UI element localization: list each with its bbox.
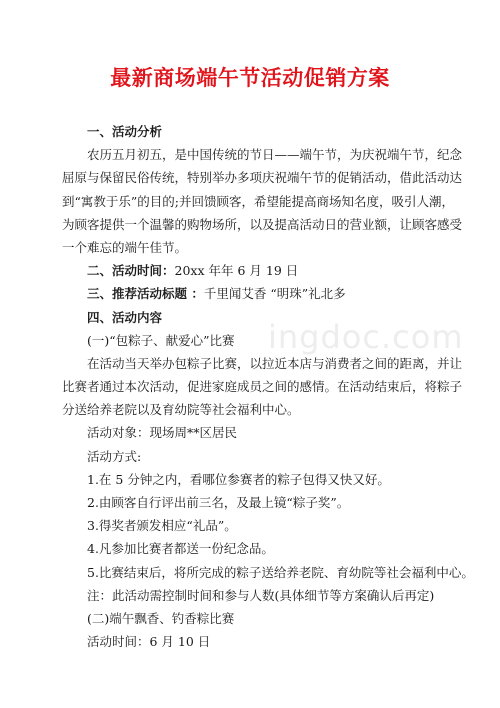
paragraph-line: 为顾客提供一个温馨的购物场所，以及提高活动日的营业额，让顾客感受 xyxy=(62,213,442,236)
note: 注：此活动需控制时间和参与人数(具体细节等方案确认后再定) xyxy=(62,584,442,607)
section-title-value: 千里闻艾香 “明珠”礼北多 xyxy=(204,286,346,301)
list-item: 3.得奖者颁发相应“礼品”。 xyxy=(62,514,442,537)
subsection-title: (二)端午飘香、钓香粽比赛 xyxy=(62,607,442,630)
section-heading-title-label: 三、推荐活动标题 ： xyxy=(87,286,204,301)
section-heading-time: 二、活动时间：20xx 年年 6 月 19 日 xyxy=(62,259,442,282)
subsection-title: (一)“包粽子、献爱心”比赛 xyxy=(62,329,442,352)
activity-method-label: 活动方式: xyxy=(62,445,442,468)
paragraph-line: 比赛者通过本次活动，促进家庭成员之间的感情。在活动结束后，将粽子 xyxy=(62,375,442,398)
activity-time: 活动时间：6 月 10 日 xyxy=(62,630,442,653)
paragraph-line: 农历五月初五，是中国传统的节日——端午节，为庆祝端午节，纪念 xyxy=(62,143,442,166)
activity-target: 活动对象：现场周**区居民 xyxy=(62,421,442,444)
section-time-value: 20xx 年年 6 月 19 日 xyxy=(175,263,299,278)
section-heading-time-label: 二、活动时间： xyxy=(87,263,175,278)
paragraph-line: 屈原与保留民俗传统，特别举办多项庆祝端午节的促销活动，借此活动达 xyxy=(62,166,442,189)
paragraph-line: 一个难忘的端午佳节。 xyxy=(62,236,442,259)
list-item: 1.在 5 分钟之内，看哪位参赛者的粽子包得又快又好。 xyxy=(62,468,442,491)
document-body: 一、活动分析 农历五月初五，是中国传统的节日——端午节，为庆祝端午节，纪念 屈原… xyxy=(62,120,442,653)
section-heading-analysis: 一、活动分析 xyxy=(62,120,442,143)
paragraph-line: 分送给养老院以及育幼院等社会福利中心。 xyxy=(62,398,442,421)
list-item: 2.由顾客自行评出前三名，及最上镜“粽子奖”。 xyxy=(62,491,442,514)
list-item: 5.比赛结束后，将所完成的粽子送给养老院、育幼院等社会福利中心。 xyxy=(62,561,442,584)
section-heading-content: 四、活动内容 xyxy=(62,306,442,329)
document-page: 最新商场端午节活动促销方案 ingdoc.com 一、活动分析 农历五月初五，是… xyxy=(0,0,500,708)
document-title: 最新商场端午节活动促销方案 xyxy=(0,62,500,92)
list-item: 4.凡参加比赛者都送一份纪念品。 xyxy=(62,537,442,560)
paragraph-line: 到“寓教于乐”的目的;并回馈顾客，希望能提高商场知名度，吸引人潮， xyxy=(62,190,442,213)
section-heading-title: 三、推荐活动标题 ：千里闻艾香 “明珠”礼北多 xyxy=(62,282,442,305)
paragraph-line: 在活动当天举办包粽子比赛，以拉近本店与消费者之间的距离，并让 xyxy=(62,352,442,375)
